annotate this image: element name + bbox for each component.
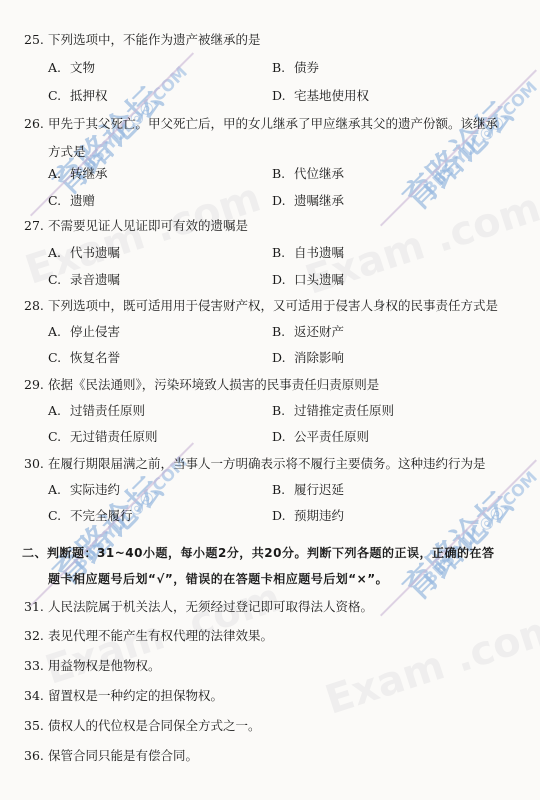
option-c: C.恢复名誉 xyxy=(48,350,120,366)
question-text: 表见代理不能产生有权代理的法律效果。 xyxy=(48,628,273,644)
question-text: 留置权是一种约定的担保物权。 xyxy=(48,688,223,704)
question-text: 人民法院属于机关法人，无须经过登记即可取得法人资格。 xyxy=(48,599,373,615)
watermark-line xyxy=(380,69,537,226)
option-d: D.预期违约 xyxy=(272,508,344,524)
option-c: C.遗赠 xyxy=(48,193,95,209)
watermark-en: BBS.YUL◎◎.COM xyxy=(420,467,540,588)
question-text: 不需要见证人见证即可有效的遗嘱是 xyxy=(48,218,248,234)
question-number: 36. xyxy=(24,748,44,764)
question-text: 甲先于其父死亡。甲父死亡后，甲的女儿继承了甲应继承其父的遗产份额。该继承 xyxy=(48,116,498,132)
option-a: A.代书遗嘱 xyxy=(48,245,120,261)
section-header-line1: 二、判断题：31~40小题，每小题2分，共20分。判断下列各题的正误，正确的在答 xyxy=(22,545,495,561)
option-a: A.实际违约 xyxy=(48,482,120,498)
question-number: 31. xyxy=(24,599,44,615)
option-b: B.自书遗嘱 xyxy=(272,245,344,261)
option-c: C.录音遗嘱 xyxy=(48,272,120,288)
question-text: 在履行期限届满之前，当事人一方明确表示将不履行主要债务。这种违约行为是 xyxy=(48,456,486,472)
question-text: 下列选项中，既可适用用于侵害财产权，又可适用于侵害人身权的民事责任方式是 xyxy=(48,298,498,314)
watermark-line xyxy=(30,52,194,216)
question-text: 保管合同只能是有偿合同。 xyxy=(48,748,198,764)
option-a: A.过错责任原则 xyxy=(48,403,145,419)
question-number: 29. xyxy=(24,377,44,393)
section-header-line2: 题卡相应题号后划“√”，错误的在答题卡相应题号后划“×”。 xyxy=(48,571,388,587)
option-b: B.过错推定责任原则 xyxy=(272,403,394,419)
question-text: 方式是 xyxy=(48,144,86,160)
option-d: D.消除影响 xyxy=(272,350,344,366)
watermark-cn: 育路论坛 xyxy=(390,89,521,220)
watermark-line xyxy=(380,459,537,616)
option-d: D.宅基地使用权 xyxy=(272,88,369,104)
question-number: 34. xyxy=(24,688,44,704)
option-b: B.返还财产 xyxy=(272,324,344,340)
option-c: C.抵押权 xyxy=(48,88,108,104)
question-number: 30. xyxy=(24,456,44,472)
option-a: A.文物 xyxy=(48,60,95,76)
question-number: 35. xyxy=(24,718,44,734)
question-text: 债权人的代位权是合同保全方式之一。 xyxy=(48,718,261,734)
option-b: B.债券 xyxy=(272,60,319,76)
question-number: 33. xyxy=(24,658,44,674)
question-number: 27. xyxy=(24,218,44,234)
question-number: 25. xyxy=(24,32,44,48)
question-number: 26. xyxy=(24,116,44,132)
question-text: 依据《民法通则》，污染环境致人损害的民事责任归责原则是 xyxy=(48,377,379,393)
option-d: D.遗嘱继承 xyxy=(272,193,344,209)
watermark-exam: Exam .com xyxy=(320,605,540,724)
watermark-en: BBS.YUL◎◎.COM xyxy=(420,77,540,198)
option-a: A.转继承 xyxy=(48,166,108,182)
question-text: 下列选项中，不能作为遗产被继承的是 xyxy=(48,32,261,48)
question-text: 用益物权是他物权。 xyxy=(48,658,161,674)
question-number: 28. xyxy=(24,298,44,314)
option-c: C.不完全履行 xyxy=(48,508,133,524)
option-a: A.停止侵害 xyxy=(48,324,120,340)
option-b: B.代位继承 xyxy=(272,166,344,182)
option-b: B.履行迟延 xyxy=(272,482,344,498)
option-c: C.无过错责任原则 xyxy=(48,429,158,445)
exam-page: Exam .com Exam .com Exam .com Exam .com … xyxy=(0,0,540,800)
option-d: D.口头遗嘱 xyxy=(272,272,344,288)
option-d: D.公平责任原则 xyxy=(272,429,369,445)
question-number: 32. xyxy=(24,628,44,644)
